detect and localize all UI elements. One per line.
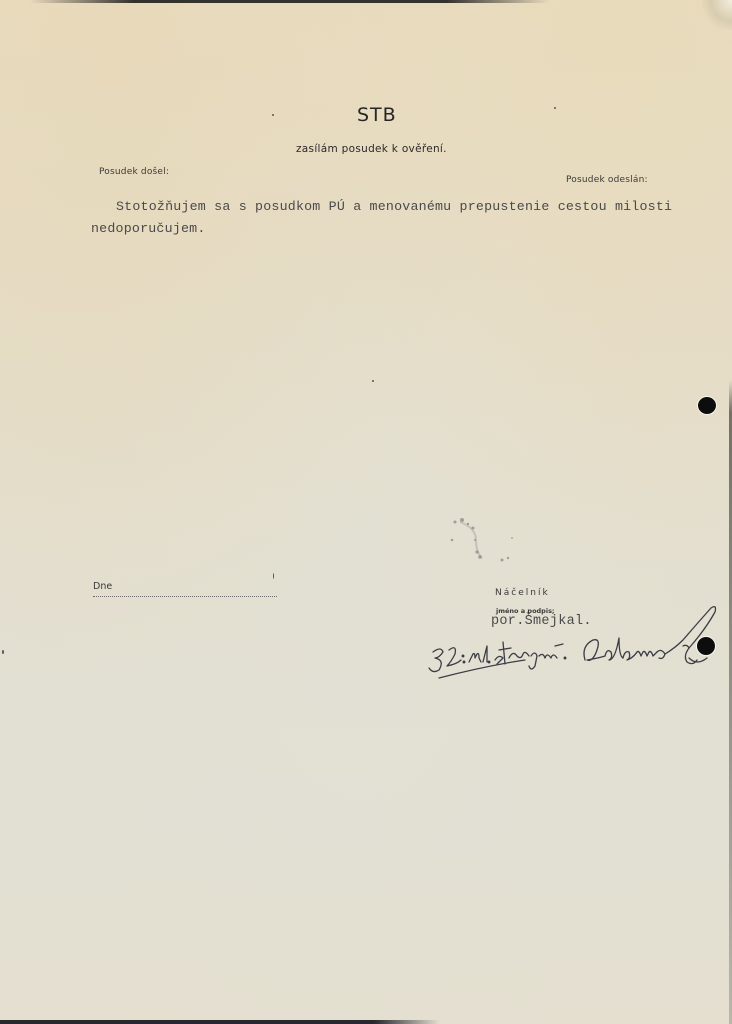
scan-edge-bottom	[0, 1020, 440, 1024]
paper-speck	[372, 380, 374, 382]
handwritten-signature	[425, 600, 730, 680]
faded-stamp-mark	[440, 510, 520, 565]
received-label: Posudek došel:	[99, 167, 169, 177]
date-dotted-line	[93, 596, 277, 597]
body-line-2: nedoporučujem.	[91, 218, 721, 240]
date-label: Dne	[93, 581, 112, 592]
sent-label: Posudek odeslán:	[566, 175, 648, 185]
paper-speck	[554, 107, 556, 109]
paper-speck	[2, 650, 4, 654]
chief-label: Náčelník	[495, 588, 550, 598]
punch-hole-upper	[698, 397, 716, 414]
body-line-1: Stotožňujem sa s posudkom PÚ a menovaném…	[91, 196, 721, 218]
document-page: STB zasílám posudek k ověření. Posudek d…	[0, 0, 732, 1024]
scan-edge-top	[30, 0, 550, 3]
document-subtitle: zasílám posudek k ověření.	[296, 143, 447, 155]
document-title: STB	[357, 104, 397, 126]
body-text: Stotožňujem sa s posudkom PÚ a menovaném…	[91, 196, 721, 240]
paper-speck	[272, 114, 274, 116]
page-corner-fold	[702, 0, 732, 30]
punch-hole-lower	[697, 637, 715, 655]
paper-speck	[273, 573, 274, 579]
